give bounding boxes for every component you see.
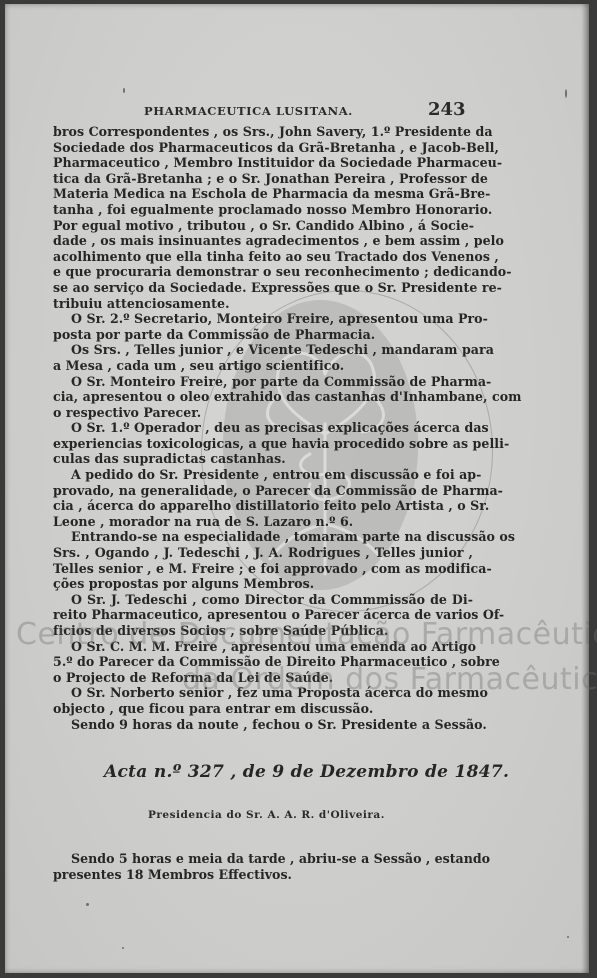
text-line: Pharmaceutico , Membro Instituidor da So… [53, 155, 473, 171]
text-line: cia , ácerca do apparelho distillatorio … [53, 498, 473, 514]
text-line: ficios de diversos Socios , sobre Saúde … [53, 623, 473, 639]
acta-heading: Acta n.º 327 , de 9 de Dezembro de 1847. [104, 762, 509, 782]
text-line: ções propostas por alguns Membros. [53, 576, 473, 592]
text-line: objecto , que ficou para entrar em discu… [53, 701, 473, 717]
text-line: Srs. , Ogando , J. Tedeschi , J. A. Rodr… [53, 545, 473, 561]
text-line: reito Pharmaceutico, apresentou o Parece… [53, 607, 473, 623]
text-line: Sociedade dos Pharmaceuticos da Grã-Bret… [53, 140, 473, 156]
text-line: provado, na generalidade, o Parecer da C… [53, 483, 473, 499]
text-line: o respectivo Parecer. [53, 405, 473, 421]
text-line: tica da Grã-Bretanha ; e o Sr. Jonathan … [53, 171, 473, 187]
text-line: O Sr. Monteiro Freire, por parte da Comm… [53, 374, 473, 390]
text-line: experiencias toxicologicas, a que havia … [53, 436, 473, 452]
paper-speck [122, 947, 124, 949]
text-line: se ao serviço da Sociedade. Expressões q… [53, 280, 473, 296]
text-line: O Sr. C. M. M. Freire , apresentou uma e… [53, 639, 473, 655]
text-line: Sendo 5 horas e meia da tarde , abriu-se… [53, 851, 473, 867]
text-line: Os Srs. , Telles junior , e Vicente Tede… [53, 342, 473, 358]
text-line: culas das supradictas castanhas. [53, 451, 473, 467]
running-header: PHARMACEUTICA LUSITANA. 243 [52, 104, 462, 124]
page-edge-shadow [581, 4, 589, 973]
closing-paragraph: Sendo 5 horas e meia da tarde , abriu-se… [53, 851, 473, 883]
paper-speck [567, 936, 569, 938]
text-line: 5.º do Parecer da Commissão de Direito P… [53, 654, 473, 670]
text-line: acolhimento que ella tinha feito ao seu … [53, 249, 473, 265]
text-line: a Mesa , cada um , seu artigo scientific… [53, 358, 473, 374]
text-line: O Sr. J. Tedeschi , como Director da Com… [53, 592, 473, 608]
presidencia-subheading: Presidencia do Sr. A. A. R. d'Oliveira. [148, 809, 385, 821]
text-line: Entrando-se na especialidade , tomaram p… [53, 529, 473, 545]
text-line: o Projecto de Reforma da Lei de Saúde. [53, 670, 473, 686]
text-line: cia, apresentou o oleo extrahido das cas… [53, 389, 473, 405]
body-text: bros Correspondentes , os Srs., John Sav… [53, 124, 473, 732]
text-line: O Sr. 2.º Secretario, Monteiro Freire, a… [53, 311, 473, 327]
text-line: e que procuraria demonstrar o seu reconh… [53, 264, 473, 280]
text-line: O Sr. Norberto senior , fez uma Proposta… [53, 685, 473, 701]
paper-speck [565, 89, 567, 98]
paper-speck [123, 88, 125, 93]
text-line: posta por parte da Commissão de Pharmaci… [53, 327, 473, 343]
text-line: Materia Medica na Eschola de Pharmacia d… [53, 186, 473, 202]
text-line: Telles senior , e M. Freire ; e foi appr… [53, 561, 473, 577]
text-line: presentes 18 Membros Effectivos. [53, 867, 473, 883]
page-number: 243 [428, 99, 466, 120]
running-title: PHARMACEUTICA LUSITANA. [144, 104, 353, 118]
text-line: Por egual motivo , tributou , o Sr. Cand… [53, 218, 473, 234]
paper-speck [86, 903, 89, 906]
text-line: dade , os mais insinuantes agradecimento… [53, 233, 473, 249]
text-line: Sendo 9 horas da noute , fechou o Sr. Pr… [53, 717, 473, 733]
text-line: O Sr. 1.º Operador , deu as precisas exp… [53, 420, 473, 436]
text-line: A pedido do Sr. Presidente , entrou em d… [53, 467, 473, 483]
text-line: bros Correspondentes , os Srs., John Sav… [53, 124, 473, 140]
text-line: tanha , foi egualmente proclamado nosso … [53, 202, 473, 218]
text-line: tribuiu attenciosamente. [53, 296, 473, 312]
text-line: Leone , morador na rua de S. Lazaro n.º … [53, 514, 473, 530]
